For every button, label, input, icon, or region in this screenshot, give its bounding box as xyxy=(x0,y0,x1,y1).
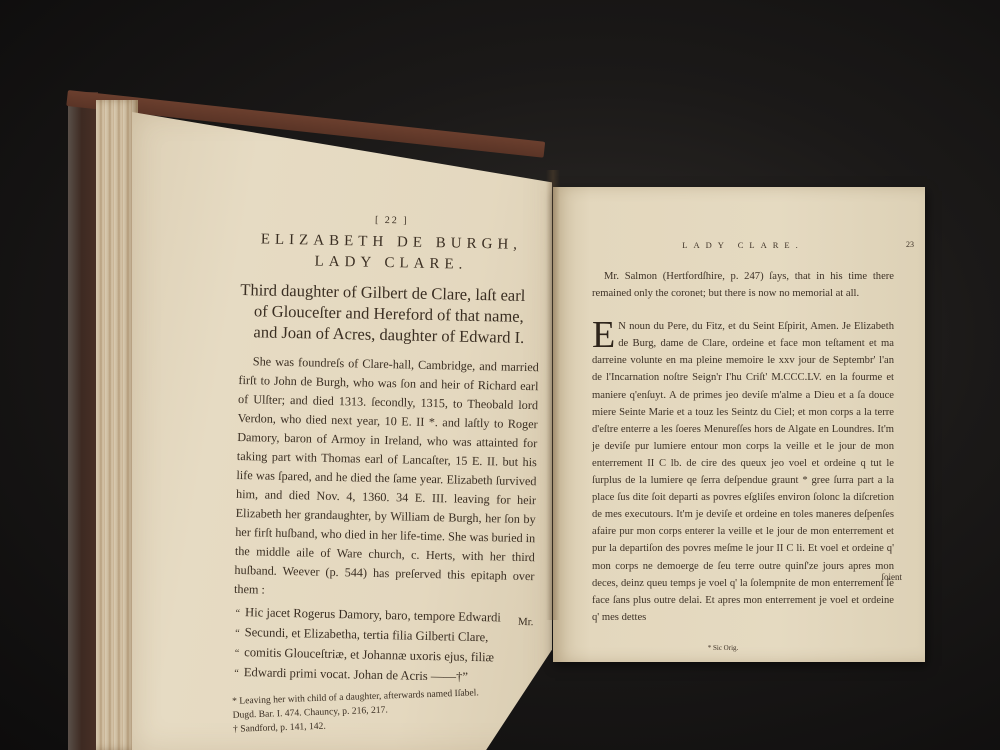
book-photo: [ 22 ] ELIZABETH DE BURGH, LADY CLARE. T… xyxy=(0,0,1000,750)
chapter-title: ELIZABETH DE BURGH, LADY CLARE. xyxy=(241,229,542,277)
drop-cap: E xyxy=(592,320,615,350)
running-head-title: LADY CLARE. xyxy=(682,240,803,250)
book-cover-spine xyxy=(68,92,98,750)
right-paragraph-1: Mr. Salmon (Hertfordſhire, p. 247) ſays,… xyxy=(592,268,894,302)
catchword-right: ſoient xyxy=(882,572,903,582)
left-footnotes: * Leaving her with child of a daughter, … xyxy=(232,684,533,736)
will-paragraph: E N noun du Pere, du Fitz, et du Seint E… xyxy=(592,318,894,626)
chapter-subtitle: Third daughter of Gilbert de Clare, laſt… xyxy=(239,279,540,348)
will-text: N noun du Pere, du Fitz, et du Seint Eſp… xyxy=(592,318,894,626)
epitaph-quote: Hic jacet Rogerus Damory, baro, tempore … xyxy=(232,603,534,689)
right-footnote: * Sic Orig. xyxy=(592,644,894,652)
right-page-text: LADY CLARE. 23 Mr. Salmon (Hertfordſhire… xyxy=(592,240,894,652)
left-page-text: [ 22 ] ELIZABETH DE BURGH, LADY CLARE. T… xyxy=(231,212,542,743)
catchword-left: Mr. xyxy=(518,616,534,628)
running-head: LADY CLARE. 23 xyxy=(592,240,894,250)
page-number-right: 23 xyxy=(906,240,914,249)
left-body-paragraph: She was foundreſs of Clare-hall, Cambrid… xyxy=(234,352,539,605)
book-gutter xyxy=(546,170,560,620)
page-block-edges xyxy=(96,100,138,750)
